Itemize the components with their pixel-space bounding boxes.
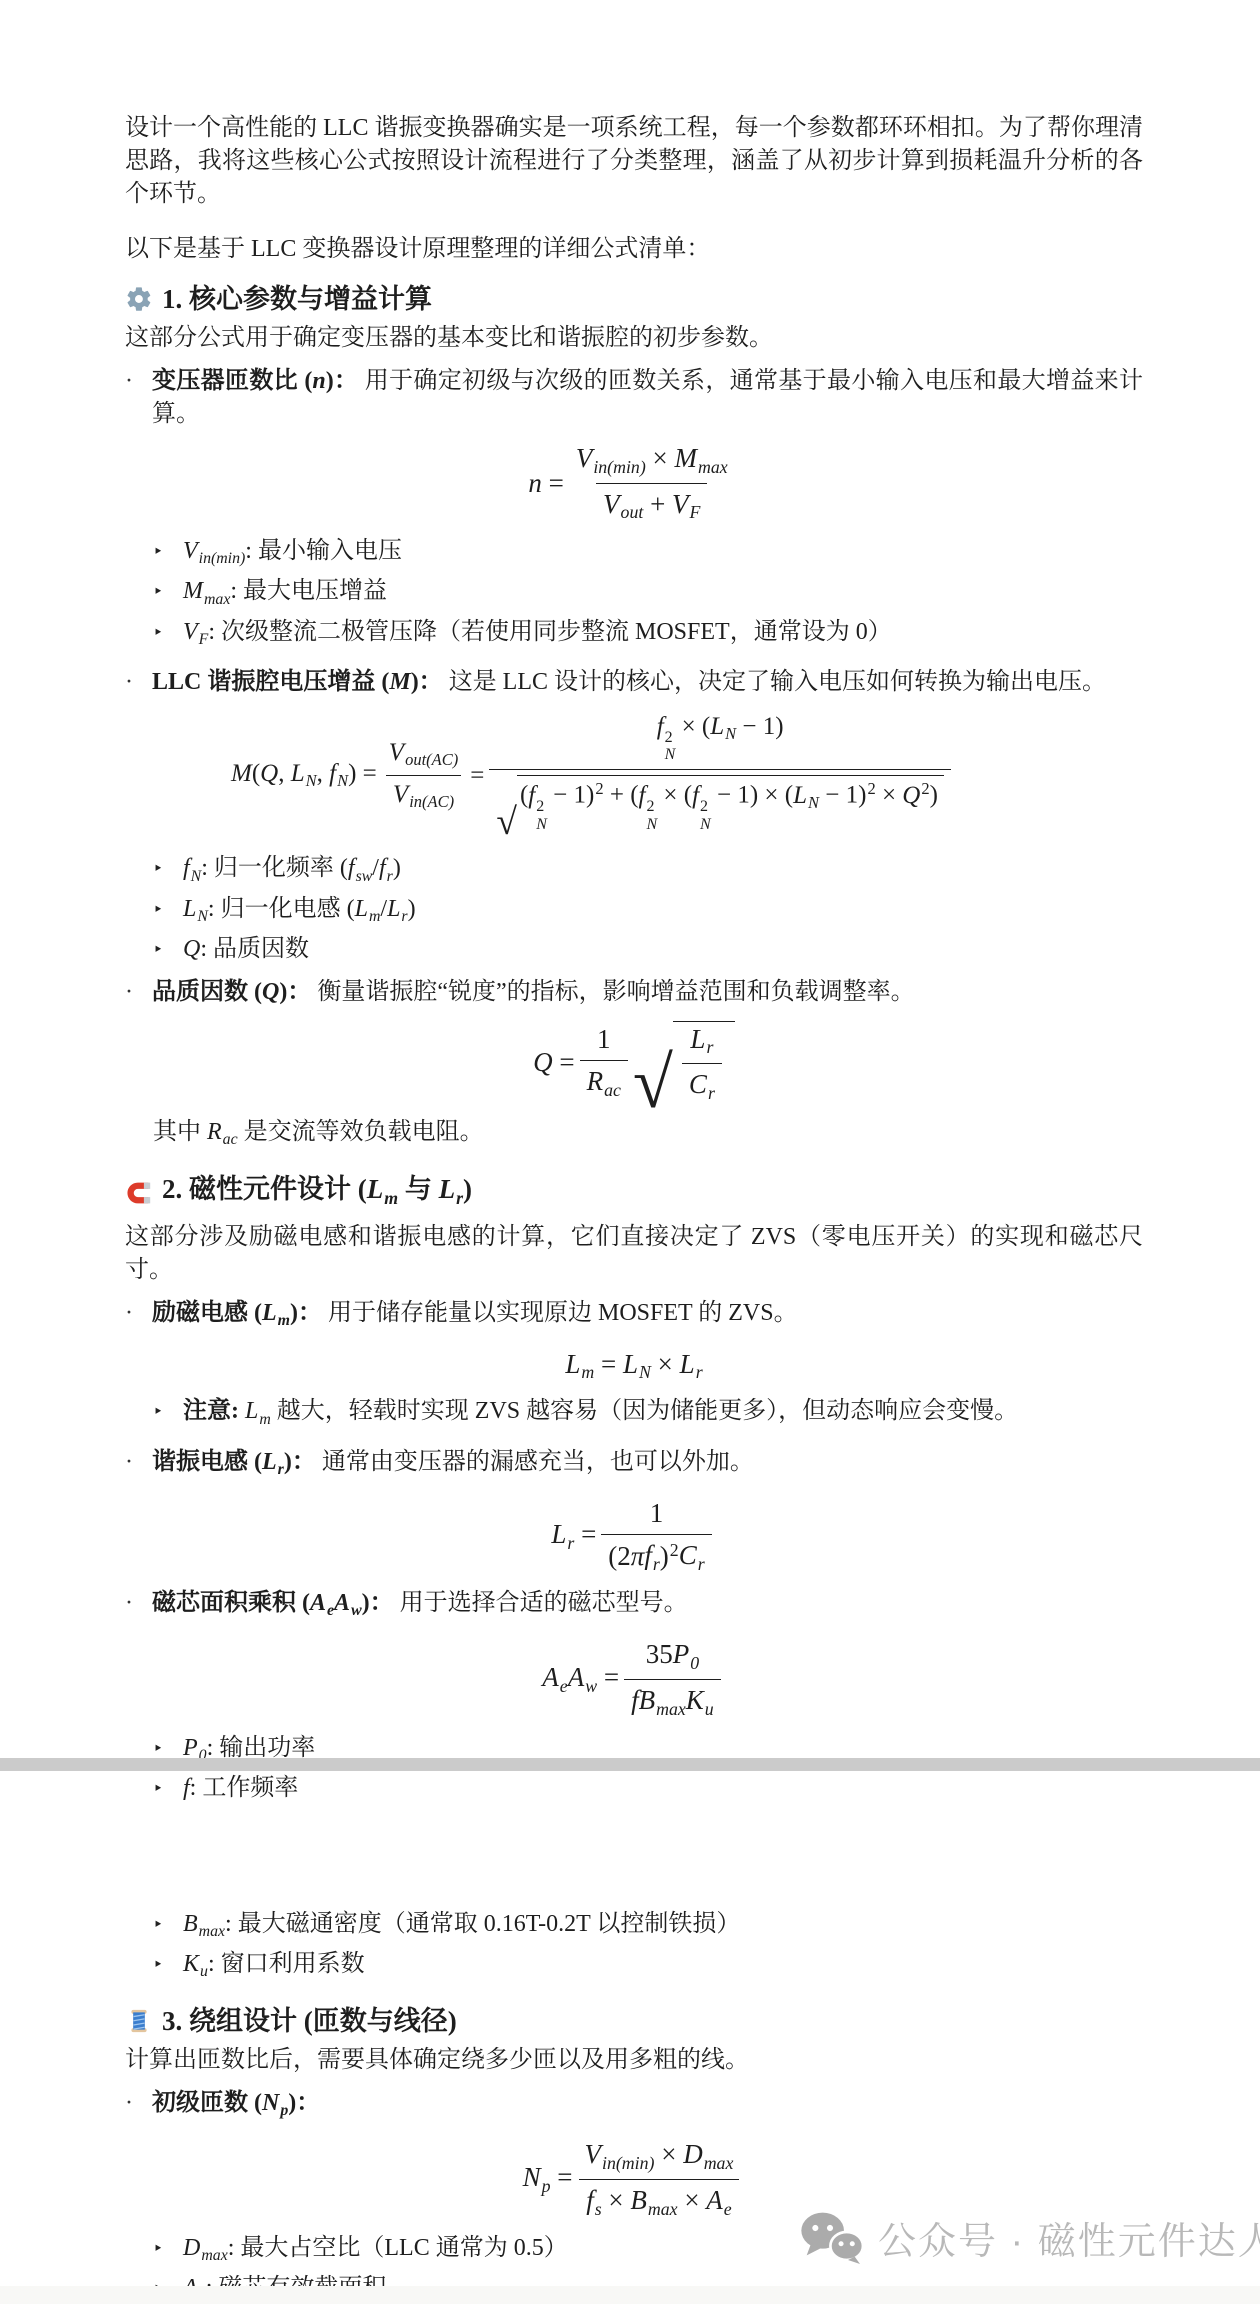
section-1-title: 1. 核心参数与增益计算 (162, 280, 432, 318)
section-3-heading: 3. 绕组设计 (匝数与线径) (125, 2002, 1143, 2040)
section-1-desc: 这部分公式用于确定变压器的基本变比和谐振腔的初步参数。 (125, 322, 1143, 355)
sub-bullet-marker: ‣ (153, 2232, 183, 2272)
sub-item-f: ‣ f: 工作频率 (125, 1772, 1143, 1805)
bullet-marker: · (125, 976, 152, 1009)
aeaw-label: 磁芯面积乘积 (AeAw)： 用于选择合适的磁芯型号。 (152, 1587, 1143, 1627)
sub-item-bmax: ‣ Bmax: 最大磁通密度（通常取 0.16T-0.2T 以控制铁损） (125, 1908, 1143, 1948)
fraction: Vin(min) × Dmax fs × Bmax × Ae (578, 2139, 741, 2219)
list-item-primary-turns: · 初级匝数 (Np)： (125, 2087, 1143, 2127)
sub-bullet-marker: ‣ (153, 1948, 183, 1988)
fraction: Vout(AC) Vin(AC) (382, 739, 465, 813)
section-2-heading: 2. 磁性元件设计 (Lm 与 Lr) (125, 1170, 1143, 1217)
radical-sign: √ (496, 809, 517, 836)
formula-turns-ratio: n = Vin(min) × Mmax Vout + VF (125, 443, 1143, 523)
sub-item-ln: ‣ LN: 归一化电感 (Lm/Lr) (125, 893, 1143, 933)
thread-spool-icon (125, 2007, 153, 2035)
formula-lr: Lr = 1 (2πfr)2Cr (125, 1498, 1143, 1576)
list-item-resonant-inductance: · 谐振电感 (Lr)： 通常由变压器的漏感充当，也可以外加。 (125, 1446, 1143, 1486)
bullet-marker: · (125, 2087, 152, 2127)
section-1-heading: 1. 核心参数与增益计算 (125, 280, 1143, 318)
page-break-divider (0, 1758, 1260, 1771)
sub-item-q: ‣ Q: 品质因数 (125, 933, 1143, 966)
fraction: Lr Cr (682, 1024, 722, 1104)
fraction: 1 (2πfr)2Cr (601, 1498, 711, 1576)
formula-quality-factor: Q = 1 Rac √ Lr Cr (125, 1021, 1143, 1104)
sub-bullet-marker: ‣ (153, 616, 183, 656)
llc-gain-label: LLC 谐振腔电压增益 (M)： 这是 LLC 设计的核心，决定了输入电压如何转… (152, 666, 1143, 699)
sub-item-fn: ‣ fN: 归一化频率 (fsw/fr) (125, 852, 1143, 892)
bullet-marker: · (125, 1587, 152, 1627)
lr-label: 谐振电感 (Lr)： 通常由变压器的漏感充当，也可以外加。 (152, 1446, 1143, 1486)
sub-item-mmax: ‣ Mmax: 最大电压增益 (125, 575, 1143, 615)
formula-aeaw: AeAw = 35P0 fBmaxKu (125, 1639, 1143, 1719)
bullet-marker: · (125, 1446, 152, 1486)
fraction: 35P0 fBmaxKu (624, 1639, 721, 1719)
intro-paragraph: 设计一个高性能的 LLC 谐振变换器确实是一项系统工程，每一个参数都环环相扣。为… (125, 112, 1143, 211)
list-intro-paragraph: 以下是基于 LLC 变换器设计原理整理的详细公式清单： (125, 233, 1143, 266)
section-3-desc: 计算出匝数比后，需要具体确定绕多少匝以及用多粗的线。 (125, 2044, 1143, 2077)
square-root: √ Lr Cr (633, 1021, 735, 1104)
footer-band (0, 2286, 1260, 2304)
sub-bullet-marker: ‣ (153, 535, 183, 575)
list-item-magnetizing-inductance: · 励磁电感 (Lm)： 用于储存能量以实现原边 MOSFET 的 ZVS。 (125, 1297, 1143, 1337)
list-item-turns-ratio: · 变压器匝数比 (n)： 用于确定初级与次级的匝数关系，通常基于最小输入电压和… (125, 365, 1143, 431)
formula-np: Np = Vin(min) × Dmax fs × Bmax × Ae (125, 2139, 1143, 2219)
section-2-title: 2. 磁性元件设计 (Lm 与 Lr) (162, 1170, 472, 1217)
gear-icon (125, 285, 153, 313)
sub-bullet-marker: ‣ (153, 852, 183, 892)
watermark-text: 公众号 · 磁性元件达人 (878, 2210, 1260, 2265)
sub-bullet-marker: ‣ (153, 1772, 183, 1805)
list-item-quality-factor: · 品质因数 (Q)： 衡量谐振腔“锐度”的指标，影响增益范围和负载调整率。 (125, 976, 1143, 1009)
section-3-title: 3. 绕组设计 (匝数与线径) (162, 2002, 457, 2040)
article-page: 设计一个高性能的 LLC 谐振变换器确实是一项系统工程，每一个参数都环环相扣。为… (0, 0, 1260, 2304)
content-upper: 设计一个高性能的 LLC 谐振变换器确实是一项系统工程，每一个参数都环环相扣。为… (125, 112, 1143, 1805)
square-root: √ (f2N − 1)2 + (f2N × (f2N − 1) × (LN − … (496, 775, 944, 833)
sub-item-vf: ‣ VF: 次级整流二极管压降（若使用同步整流 MOSFET，通常设为 0） (125, 616, 1143, 656)
radical-sign: √ (633, 1055, 673, 1112)
sub-bullet-marker: ‣ (153, 575, 183, 615)
section-2-desc: 这部分涉及励磁电感和谐振电感的计算，它们直接决定了 ZVS（零电压开关）的实现和… (125, 1221, 1143, 1287)
formula-lm: Lm = LN × Lr (125, 1349, 1143, 1384)
wechat-icon (800, 2211, 864, 2265)
sub-item-ku: ‣ Ku: 窗口利用系数 (125, 1948, 1143, 1988)
np-label: 初级匝数 (Np)： (152, 2087, 1143, 2127)
fraction: Vin(min) × Mmax Vout + VF (569, 443, 735, 523)
formula-llc-gain: M(Q, LN, fN) = Vout(AC) Vin(AC) = f2N × … (125, 713, 1143, 839)
sub-bullet-marker: ‣ (153, 893, 183, 933)
fraction: 1 Rac (580, 1024, 628, 1101)
list-item-area-product: · 磁芯面积乘积 (AeAw)： 用于选择合适的磁芯型号。 (125, 1587, 1143, 1627)
sub-item-vin-min: ‣ Vin(min): 最小输入电压 (125, 535, 1143, 575)
watermark: 公众号 · 磁性元件达人 (800, 2210, 1260, 2265)
sub-bullet-marker: ‣ (153, 933, 183, 966)
lm-label: 励磁电感 (Lm)： 用于储存能量以实现原边 MOSFET 的 ZVS。 (152, 1297, 1143, 1337)
sub-item-lm-note: ‣ 注意: Lm 越大，轻载时实现 ZVS 越容易（因为储能更多），但动态响应会… (125, 1395, 1143, 1435)
sub-bullet-marker: ‣ (153, 1908, 183, 1948)
sub-bullet-marker: ‣ (153, 1395, 183, 1435)
bullet-marker: · (125, 1297, 152, 1337)
bullet-marker: · (125, 666, 152, 699)
fraction: f2N × (LN − 1) √ (f2N − 1)2 + (f2N × (f2… (489, 713, 951, 839)
turns-ratio-label: 变压器匝数比 (n)： 用于确定初级与次级的匝数关系，通常基于最小输入电压和最大… (152, 365, 1143, 431)
quality-factor-label: 品质因数 (Q)： 衡量谐振腔“锐度”的指标，影响增益范围和负载调整率。 (152, 976, 1143, 1009)
magnet-icon (125, 1179, 153, 1207)
list-item-llc-gain: · LLC 谐振腔电压增益 (M)： 这是 LLC 设计的核心，决定了输入电压如… (125, 666, 1143, 699)
bullet-marker: · (125, 365, 152, 431)
